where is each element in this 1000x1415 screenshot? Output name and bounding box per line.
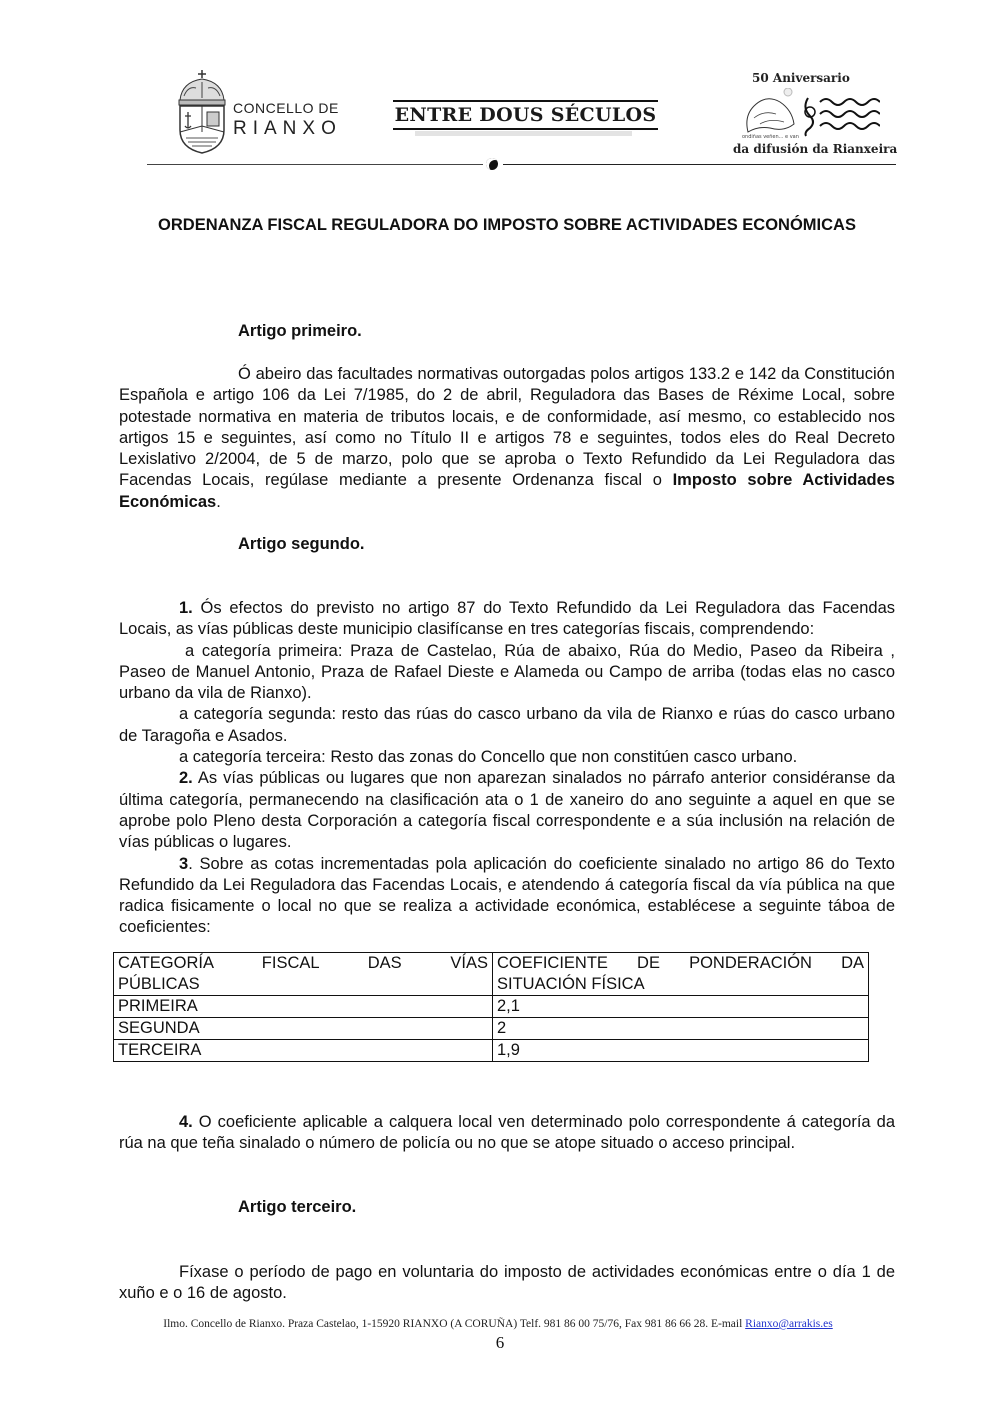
coat-of-arms-logo (176, 70, 228, 154)
anniversary-title: 50 Aniversario (752, 71, 850, 85)
article-3-heading: Artigo terceiro. (238, 1198, 356, 1217)
article-2-body: 1. Ós efectos do previsto no artigo 87 d… (119, 598, 895, 939)
category-2-text: a categoría segunda: resto das rúas do c… (119, 704, 895, 747)
table-row: TERCEIRA 1,9 (114, 1040, 869, 1062)
page-number: 6 (0, 1333, 1000, 1353)
coefficient-table: CATEGORÍA FISCAL DAS VÍAS PÚBLICAS COEFI… (113, 952, 869, 1062)
org-name-line1: CONCELLO DE (233, 100, 339, 116)
banner-title: ENTRE DOUS SÉCULOS (393, 104, 658, 126)
anniversary-illustration: ondiñas veñen... e van (740, 88, 880, 140)
org-name-line2: RIANXO (233, 118, 342, 140)
table-header-category: CATEGORÍA FISCAL DAS VÍAS PÚBLICAS (114, 953, 493, 996)
header-divider-right (503, 164, 896, 165)
header-ornament-icon (486, 158, 498, 170)
table-row: SEGUNDA 2 (114, 1018, 869, 1040)
svg-text:ondiñas veñen... e van: ondiñas veñen... e van (742, 134, 799, 140)
article-2-heading: Artigo segundo. (238, 535, 365, 554)
banner: ENTRE DOUS SÉCULOS (393, 100, 658, 130)
article-1-body: Ó abeiro das facultades normativas outor… (119, 364, 895, 513)
category-3-text: a categoría terceira: Resto das zonas do… (119, 747, 895, 768)
category-1-text: a categoría primeira: Praza de Castelao,… (119, 641, 895, 705)
table-header-row: CATEGORÍA FISCAL DAS VÍAS PÚBLICAS COEFI… (114, 953, 869, 996)
anniversary-subtitle: da difusión da Rianxeira (733, 142, 897, 156)
email-link[interactable]: Rianxo@arrakis.es (745, 1318, 833, 1330)
header-divider-left (147, 164, 483, 165)
article-2-paragraph-4: 4. O coeficiente aplicable a calquera lo… (119, 1112, 895, 1155)
document-title: ORDENANZA FISCAL REGULADORA DO IMPOSTO S… (118, 215, 896, 236)
table-row: PRIMEIRA 2,1 (114, 996, 869, 1018)
article-3-body: Fíxase o período de pago en voluntaria d… (119, 1262, 895, 1305)
footer-address: Ilmo. Concello de Rianxo. Praza Castelao… (118, 1318, 878, 1330)
table-header-coefficient: COEFICIENTE DE PONDERACIÓN DA SITUACIÓN … (493, 953, 869, 996)
article-1-heading: Artigo primeiro. (238, 322, 362, 341)
